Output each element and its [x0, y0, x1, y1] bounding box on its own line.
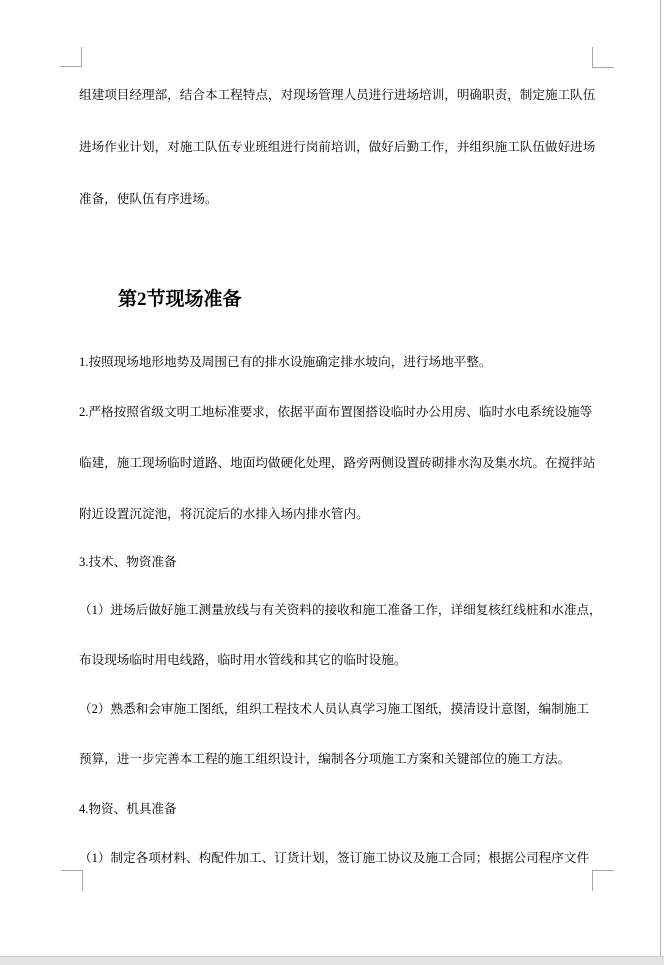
margin-crop-mark-top-right [592, 47, 614, 68]
paragraph-line: 临建，施工现场临时道路、地面均做硬化处理，路旁两侧设置砖砌排水沟及集水坑。在搅拌… [79, 455, 595, 471]
paragraph-line: （2）熟悉和会审施工图纸，组织工程技术人员认真学习施工图纸，摸清设计意图，编制施… [79, 701, 589, 717]
page-right-edge [660, 0, 661, 956]
margin-crop-mark-bottom-right [592, 870, 614, 891]
paragraph-line: 4.物资、机具准备 [79, 801, 177, 817]
paragraph-line: 布设现场临时用电线路，临时用水管线和其它的临时设施。 [79, 652, 406, 668]
paragraph-line: 预算，进一步完善本工程的施工组织设计，编制各分项施工方案和关键部位的施工方法。 [79, 751, 570, 767]
paragraph-line: 组建项目经理部，结合本工程特点，对现场管理人员进行进场培训，明确职责，制定施工队… [79, 87, 595, 103]
document-page: 组建项目经理部，结合本工程特点，对现场管理人员进行进场培训，明确职责，制定施工队… [0, 0, 660, 956]
paragraph-line: （1）制定各项材料、构配件加工、订货计划，签订施工协议及施工合同；根据公司程序文… [79, 850, 589, 866]
paragraph-line: 附近设置沉淀池，将沉淀后的水排入场内排水管内。 [79, 506, 369, 522]
paragraph-line: 3.技术、物资准备 [79, 554, 177, 570]
paragraph-line: 进场作业计划，对施工队伍专业班组进行岗前培训，做好后勤工作，并组织施工队伍做好进… [79, 139, 595, 155]
paragraph-line: 准备，使队伍有序进场。 [79, 191, 218, 207]
paragraph-line: （1）进场后做好施工测量放线与有关资料的接收和施工准备工作，详细复核红线桩和水准… [79, 602, 602, 618]
section-heading: 第2节现场准备 [118, 288, 242, 312]
paragraph-line: 2.严格按照省级文明工地标准要求，依据平面布置图搭设临时办公用房、临时水电系统设… [79, 404, 592, 420]
margin-crop-mark-top-left [60, 47, 82, 67]
margin-crop-mark-bottom-left [61, 870, 83, 891]
page-bottom-gap [0, 956, 664, 965]
document-viewport: 组建项目经理部，结合本工程特点，对现场管理人员进行进场培训，明确职责，制定施工队… [0, 0, 664, 965]
paragraph-line: 1.按照现场地形地势及周围已有的排水设施确定排水坡向，进行场地平整。 [79, 354, 491, 370]
